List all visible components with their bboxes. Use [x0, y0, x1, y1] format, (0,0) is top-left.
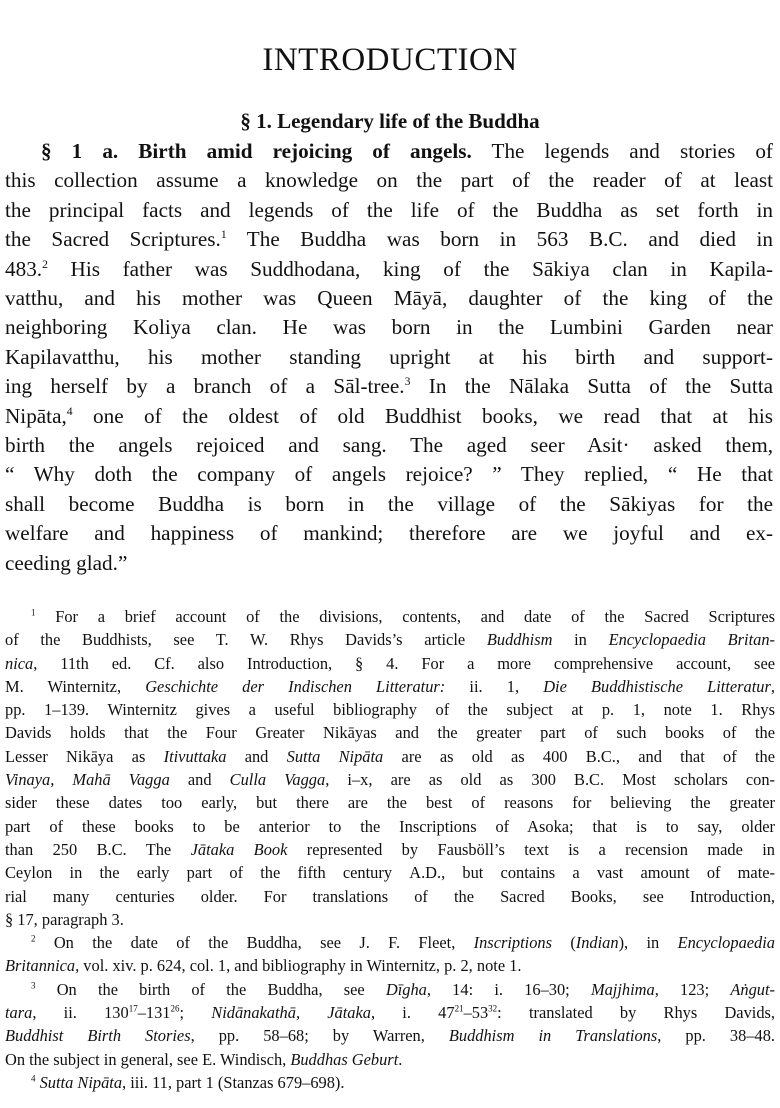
- paragraph-line: this collection assume a knowledge on th…: [5, 166, 773, 195]
- paragraph-line: neighboring Koliya clan. He was born in …: [5, 313, 773, 342]
- page-title: INTRODUCTION: [0, 42, 780, 79]
- footnote-3: 3 On the birth of the Buddha, see Dīgha,…: [5, 978, 775, 1001]
- paragraph-line: the Sacred Scriptures.1 The Buddha was b…: [5, 225, 773, 254]
- main-paragraph: § 1 a. Birth amid rejoicing of angels. T…: [5, 137, 773, 578]
- section-heading: § 1. Legendary life of the Buddha: [0, 109, 780, 134]
- paragraph-line: welfare and happiness of mankind; theref…: [5, 519, 773, 548]
- paragraph-line: the principal facts and legends of the l…: [5, 196, 773, 225]
- paragraph-line: 483.2 His father was Suddhodana, king of…: [5, 255, 773, 284]
- footnotes: 1 For a brief account of the divisions, …: [5, 605, 775, 1094]
- paragraph-line: vatthu, and his mother was Queen Māyā, d…: [5, 284, 773, 313]
- paragraph-line: birth the angels rejoiced and sang. The …: [5, 431, 773, 460]
- footnote-1: 1 For a brief account of the divisions, …: [5, 605, 775, 628]
- paragraph-line: Kapilavatthu, his mother standing uprigh…: [5, 343, 773, 372]
- paragraph-line: “ Why doth the company of angels rejoice…: [5, 460, 773, 489]
- paragraph-line: § 1 a. Birth amid rejoicing of angels. T…: [5, 137, 773, 166]
- paragraph-line: ceeding glad.”: [5, 549, 773, 578]
- paragraph-line: ing herself by a branch of a Sāl-tree.3 …: [5, 372, 773, 401]
- footnote-4: 4 Sutta Nipāta, iii. 11, part 1 (Stanzas…: [5, 1071, 775, 1094]
- footnote-2: 2 On the date of the Buddha, see J. F. F…: [5, 931, 775, 954]
- paragraph-line: Nipāta,4 one of the oldest of old Buddhi…: [5, 402, 773, 431]
- paragraph-line: shall become Buddha is born in the villa…: [5, 490, 773, 519]
- subsection-heading: § 1 a. Birth amid rejoicing of angels.: [41, 139, 472, 163]
